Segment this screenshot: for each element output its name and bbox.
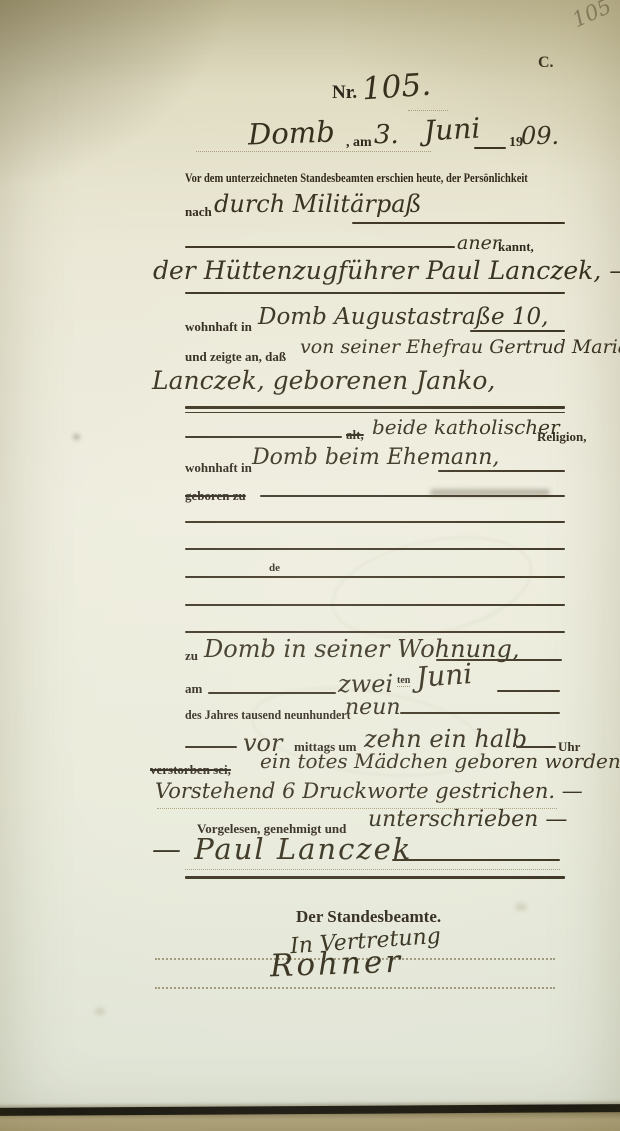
announce-label: und zeigte an, daß	[185, 350, 286, 363]
corner-page-number: 105	[569, 0, 614, 31]
ruled-line	[497, 690, 560, 692]
registrar-heading: Der Standesbeamte.	[296, 908, 441, 925]
born-at-label-struck: geboren zu	[185, 489, 246, 502]
signed-hand: unterschrieben —	[368, 809, 567, 831]
event-place-label: zu	[185, 649, 198, 662]
stillbirth-statement: ein totes Mädchen geboren worden sei.	[260, 751, 620, 771]
year-word: neun	[345, 697, 401, 719]
time-value: zehn ein halb	[364, 727, 527, 751]
date-day: 3.	[374, 122, 399, 148]
date-month: Juni	[423, 115, 481, 146]
dotted-line	[155, 987, 555, 989]
residence-value-2: Domb beim Ehemann,	[252, 447, 499, 469]
document-page: 105 C. Nr. 105. Domb , am 3. Juni 19 09.…	[0, 0, 620, 1131]
event-month-word: Juni	[415, 660, 473, 692]
declarant-line: der Hüttenzugführer Paul Lanczek, —	[153, 258, 620, 283]
ruled-line	[352, 222, 565, 224]
ruled-line	[438, 470, 565, 472]
date-am-label: , am	[346, 136, 372, 150]
ruled-line	[185, 406, 565, 409]
ruled-line	[185, 746, 237, 748]
ruled-line	[208, 692, 336, 694]
ruled-line	[400, 712, 560, 714]
event-day-word: zwei	[338, 672, 393, 696]
religion-label: Religion,	[537, 430, 586, 443]
stain	[515, 903, 527, 911]
intro-text: Vor dem unterzeichneten Standesbeamten e…	[185, 172, 528, 185]
deceased-label-struck: verstorben sei,	[150, 763, 231, 776]
record-number-value: 105.	[361, 70, 432, 106]
mother-name-line-2: Lanczek, geborenen Janko,	[152, 368, 495, 393]
event-place-value: Domb in seiner Wohnung,	[204, 637, 519, 661]
ruled-line	[185, 631, 565, 633]
ruled-line	[185, 292, 565, 294]
ruled-line	[185, 604, 565, 606]
section-letter: C.	[538, 55, 554, 71]
ruled-line	[185, 576, 565, 578]
age-label-struck: alt,	[346, 428, 364, 441]
ruled-line	[474, 147, 506, 149]
residence-label-2: wohnhaft in	[185, 461, 252, 474]
mother-name-line-1: von seiner Ehefrau Gertrud Maria	[300, 338, 620, 357]
ruled-line	[185, 876, 565, 879]
ink-smudge	[430, 489, 550, 496]
date-year-written: 09.	[521, 124, 559, 148]
nach-label: nach	[185, 205, 212, 218]
dotted-line	[408, 110, 448, 111]
stain	[73, 434, 80, 440]
ruled-line	[185, 436, 342, 438]
year-label: des Jahres tausend neunhundert	[185, 708, 351, 721]
record-number-label: Nr.	[332, 83, 357, 102]
residence-value-1: Domb Augustastraße 10,	[258, 306, 548, 329]
event-day-suffix: ten	[397, 676, 410, 687]
ruled-line	[470, 330, 565, 332]
place-name: Domb	[248, 117, 336, 149]
correction-note: Vorstehend 6 Druckworte gestrichen. —	[155, 781, 583, 802]
declarant-signature: — Paul Lanczek	[152, 835, 412, 864]
dotted-line	[185, 869, 560, 870]
anerkannt-hand-fragment: aner	[457, 234, 501, 253]
ruled-line	[185, 521, 565, 523]
ruled-line	[185, 412, 565, 413]
registrar-signature: Rohner	[269, 947, 403, 983]
ruled-line	[185, 246, 455, 248]
residence-label-1: wohnhaft in	[185, 320, 252, 333]
stain	[95, 1008, 105, 1015]
event-date-am-label: am	[185, 682, 202, 695]
ruled-line	[185, 548, 565, 550]
ruled-line	[516, 746, 556, 748]
ruled-line	[392, 859, 560, 861]
identification-text: durch Militärpaß	[214, 192, 422, 216]
religion-hand: beide katholischer	[372, 417, 560, 437]
dotted-line	[196, 151, 431, 152]
de-fragment: de	[269, 563, 280, 574]
anerkannt-print-fragment: kannt,	[498, 240, 534, 253]
